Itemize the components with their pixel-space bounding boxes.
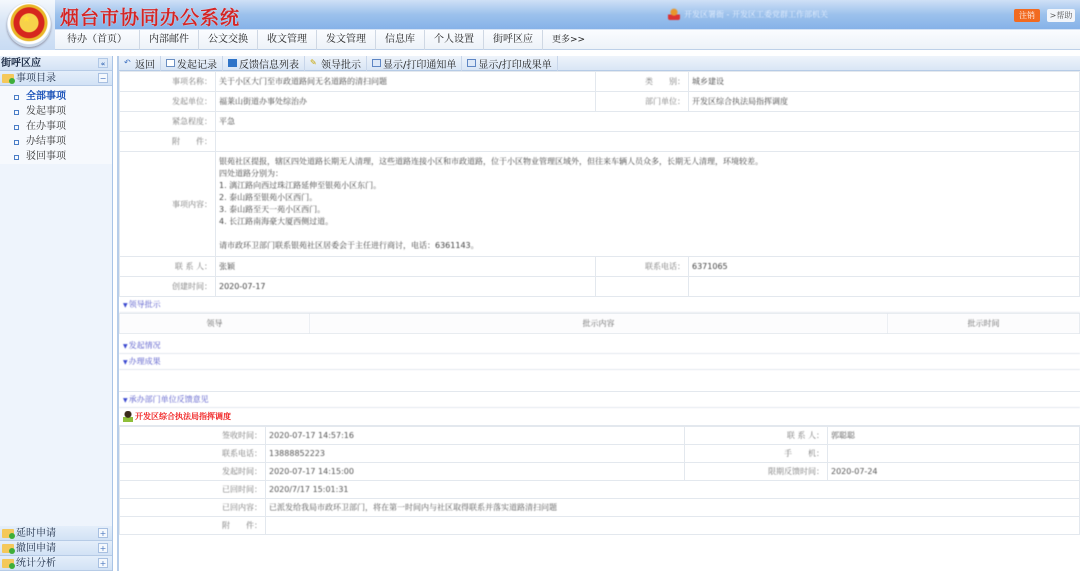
field-label: 签收时间： — [120, 427, 266, 445]
field-label: 附 件： — [120, 132, 216, 152]
empty-value — [689, 277, 1080, 297]
feedback-unit-title: 开发区综合执法局指挥调度 — [119, 408, 1080, 426]
launch-record-button[interactable]: 发起记录 — [161, 56, 223, 71]
folder-icon — [2, 544, 14, 553]
print-notice-button[interactable]: 显示/打印通知单 — [367, 56, 462, 71]
section-dept-feedback[interactable]: 承办部门单位反馈意见 — [119, 392, 1080, 408]
leader-approval-button[interactable]: ✎ 领导批示 — [305, 56, 367, 71]
section-leader-approval[interactable]: 领导批示 — [119, 297, 1080, 313]
field-label — [596, 277, 689, 297]
attachment-value — [216, 132, 1080, 152]
sidebar-group-withdraw[interactable]: 撤回申请 + — [0, 541, 112, 556]
mobile-value — [828, 445, 1080, 463]
column-header-leader: 领导 — [120, 314, 310, 334]
sidebar-item-initiated[interactable]: 发起事项 — [0, 104, 112, 119]
nav-document-exchange[interactable]: 公文交换 — [199, 30, 258, 50]
sidebar-item-rejected[interactable]: 驳回事项 — [0, 149, 112, 164]
sign-time-value: 2020-07-17 14:57:16 — [266, 427, 685, 445]
table-row: 签收时间： 2020-07-17 14:57:16 联 系 人： 郭聪聪 — [120, 427, 1080, 445]
field-label: 联系电话： — [596, 257, 689, 277]
nav-personal-settings[interactable]: 个人设置 — [425, 30, 484, 50]
folder-icon — [2, 529, 14, 538]
sidebar: 街呼区应 « 事项目录 − 全部事项 发起事项 在办事项 办结事项 驳回事项 延… — [0, 56, 113, 571]
document-icon — [228, 59, 237, 67]
field-label: 发起时间： — [120, 463, 266, 481]
table-row: 联系电话： 13888852223 手 机： — [120, 445, 1080, 463]
help-button[interactable]: >帮助 — [1047, 9, 1075, 22]
spacer — [119, 370, 1080, 392]
toolbar: ↶ 返回 发起记录 反馈信息列表 ✎ 领导批示 显示/打印通知单 显示/打印成果… — [119, 56, 1080, 71]
print-result-button[interactable]: 显示/打印成果单 — [462, 56, 557, 71]
folder-icon — [2, 74, 14, 83]
table-row: 已回内容： 已派发给我局市政环卫部门，将在第一时间内与社区取得联系并落实道路清扫… — [120, 499, 1080, 517]
field-label: 已回时间： — [120, 481, 266, 499]
table-row: 发起时间： 2020-07-17 14:15:00 限期反馈时间： 2020-0… — [120, 463, 1080, 481]
field-label: 已回内容： — [120, 499, 266, 517]
expand-group-icon[interactable]: + — [98, 558, 108, 568]
field-label: 创建时间： — [120, 277, 216, 297]
field-label: 事项名称： — [120, 72, 216, 92]
launch-record-label: 发起记录 — [177, 56, 217, 71]
contact-value: 张颖 — [216, 257, 596, 277]
reply-content-value: 已派发给我局市政环卫部门，将在第一时间内与社区取得联系并落实道路清扫问题 — [266, 499, 1080, 517]
launch-time-value: 2020-07-17 14:15:00 — [266, 463, 685, 481]
sidebar-group-label: 事项目录 — [16, 73, 56, 84]
matter-content: 银苑社区提报，辖区四处道路长期无人清理，这些道路连接小区和市政道路，位于小区物业… — [216, 152, 1080, 257]
content-line: 2. 泰山路至银苑小区西门。 — [219, 192, 1076, 204]
content-line: 4. 长江路南海豪大厦西侧过道。 — [219, 216, 1076, 228]
nav-internal-mail[interactable]: 内部邮件 — [140, 30, 199, 50]
sidebar-bottom-groups: 延时申请 + 撤回申请 + 统计分析 + — [0, 526, 112, 571]
back-label: 返回 — [135, 56, 155, 71]
category-value: 城乡建设 — [689, 72, 1080, 92]
urgency-value: 平急 — [216, 112, 1080, 132]
approval-table: 领导 批示内容 批示时间 — [119, 313, 1080, 334]
field-label: 联 系 人： — [120, 257, 216, 277]
field-label: 联系电话： — [120, 445, 266, 463]
main-nav: 待办（首页） 内部邮件 公文交换 收文管理 发文管理 信息库 个人设置 街呼区应… — [55, 30, 1080, 50]
app-title: 烟台市协同办公系统 — [60, 3, 240, 30]
sidebar-item-all[interactable]: 全部事项 — [0, 89, 112, 104]
content-line: 银苑社区提报，辖区四处道路长期无人清理，这些道路连接小区和市政道路，位于小区物业… — [219, 156, 1076, 168]
back-arrow-icon: ↶ — [124, 59, 133, 67]
table-row: 紧急程度： 平急 — [120, 112, 1080, 132]
feedback-unit-name: 开发区综合执法局指挥调度 — [135, 408, 231, 426]
field-label: 发起单位： — [120, 92, 216, 112]
sidebar-group-catalog[interactable]: 事项目录 − — [0, 71, 112, 86]
sidebar-group-extension[interactable]: 延时申请 + — [0, 526, 112, 541]
print-icon — [467, 59, 476, 67]
nav-more[interactable]: 更多>> — [543, 30, 594, 50]
column-header-content: 批示内容 — [310, 314, 888, 334]
logout-button[interactable]: 注销 — [1014, 9, 1040, 22]
nav-incoming-docs[interactable]: 收文管理 — [258, 30, 317, 50]
print-icon — [372, 59, 381, 67]
collapse-group-icon[interactable]: − — [98, 73, 108, 83]
nav-outgoing-docs[interactable]: 发文管理 — [317, 30, 376, 50]
column-header-time: 批示时间 — [888, 314, 1080, 334]
field-label: 联 系 人： — [685, 427, 828, 445]
content-blank-line — [219, 228, 1076, 240]
deadline-value: 2020-07-24 — [828, 463, 1080, 481]
initiator-value: 福莱山街道办事处综治办 — [216, 92, 596, 112]
print-notice-label: 显示/打印通知单 — [383, 56, 456, 71]
reply-time-value: 2020/7/17 15:01:31 — [266, 481, 1080, 499]
sidebar-group-label: 统计分析 — [16, 558, 56, 569]
content-line: 四处道路分别为： — [219, 168, 1076, 180]
user-icon — [668, 8, 680, 20]
national-emblem-logo: ★ — [7, 3, 51, 47]
feedback-table: 签收时间： 2020-07-17 14:57:16 联 系 人： 郭聪聪 联系电… — [119, 426, 1080, 535]
table-row: 事项名称： 关于小区大门至市政道路间无名道路的清扫问题 类 别： 城乡建设 — [120, 72, 1080, 92]
print-result-label: 显示/打印成果单 — [478, 56, 551, 71]
feedback-phone-value: 13888852223 — [266, 445, 685, 463]
sidebar-item-list: 全部事项 发起事项 在办事项 办结事项 驳回事项 — [0, 86, 112, 164]
table-row: 联 系 人： 张颖 联系电话： 6371065 — [120, 257, 1080, 277]
nav-home[interactable]: 待办（首页） — [55, 30, 140, 50]
content-line: 请市政环卫部门联系银苑社区居委会于主任进行商讨，电话：6361143。 — [219, 240, 1076, 252]
sidebar-group-statistics[interactable]: 统计分析 + — [0, 556, 112, 571]
matter-detail-form: 事项名称： 关于小区大门至市政道路间无名道路的清扫问题 类 别： 城乡建设 发起… — [119, 71, 1080, 297]
section-handling-result[interactable]: 办理成果 — [119, 354, 1080, 370]
created-value: 2020-07-17 — [216, 277, 596, 297]
back-button[interactable]: ↶ 返回 — [119, 56, 161, 71]
dept-value: 开发区综合执法局指挥调度 — [689, 92, 1080, 112]
leader-approval-label: 领导批示 — [321, 56, 361, 71]
sidebar-item-completed[interactable]: 办结事项 — [0, 134, 112, 149]
expand-group-icon[interactable]: + — [98, 528, 108, 538]
field-label: 手 机： — [685, 445, 828, 463]
field-label: 附 件： — [120, 517, 266, 535]
field-label: 紧急程度： — [120, 112, 216, 132]
nav-info-library[interactable]: 信息库 — [376, 30, 425, 50]
field-label: 部门单位： — [596, 92, 689, 112]
sidebar-group-label: 延时申请 — [16, 528, 56, 539]
sidebar-title: 街呼区应 — [1, 58, 41, 69]
field-label: 类 别： — [596, 72, 689, 92]
list-icon — [166, 59, 175, 67]
sidebar-group-label: 撤回申请 — [16, 543, 56, 554]
feedback-list-button[interactable]: 反馈信息列表 — [223, 56, 305, 71]
content-line: 1. 漓江路向西过珠江路延伸至银苑小区东门。 — [219, 180, 1076, 192]
user-info: 开发区署衙 - 开发区工委党群工作部机关 — [668, 8, 828, 20]
app-header: ★ 烟台市协同办公系统 开发区署衙 - 开发区工委党群工作部机关 注销 >帮助 … — [0, 0, 1080, 50]
table-row: 发起单位： 福莱山街道办事处综治办 部门单位： 开发区综合执法局指挥调度 — [120, 92, 1080, 112]
feedback-attachment-value — [266, 517, 1080, 535]
table-header-row: 领导 批示内容 批示时间 — [120, 314, 1080, 334]
folder-icon — [2, 559, 14, 568]
main-content: ↶ 返回 发起记录 反馈信息列表 ✎ 领导批示 显示/打印通知单 显示/打印成果… — [117, 56, 1080, 571]
section-launch-status[interactable]: 发起情况 — [119, 338, 1080, 354]
user-avatar-icon — [123, 411, 133, 422]
table-row: 附 件： — [120, 132, 1080, 152]
content-line: 3. 泰山路至天一苑小区西门。 — [219, 204, 1076, 216]
matter-name-value: 关于小区大门至市政道路间无名道路的清扫问题 — [216, 72, 596, 92]
sidebar-item-in-progress[interactable]: 在办事项 — [0, 119, 112, 134]
table-row: 附 件： — [120, 517, 1080, 535]
feedback-contact-value: 郭聪聪 — [828, 427, 1080, 445]
field-label: 限期反馈时间： — [685, 463, 828, 481]
phone-value: 6371065 — [689, 257, 1080, 277]
expand-group-icon[interactable]: + — [98, 543, 108, 553]
table-row: 事项内容： 银苑社区提报，辖区四处道路长期无人清理，这些道路连接小区和市政道路，… — [120, 152, 1080, 257]
nav-street-response[interactable]: 街呼区应 — [484, 30, 543, 50]
feedback-list-label: 反馈信息列表 — [239, 56, 299, 71]
sidebar-header: 街呼区应 « — [0, 56, 112, 71]
field-label: 事项内容： — [120, 152, 216, 257]
table-row: 创建时间： 2020-07-17 — [120, 277, 1080, 297]
collapse-sidebar-icon[interactable]: « — [98, 58, 108, 68]
pen-icon: ✎ — [310, 59, 319, 67]
user-info-text: 开发区署衙 - 开发区工委党群工作部机关 — [684, 9, 828, 20]
table-row: 已回时间： 2020/7/17 15:01:31 — [120, 481, 1080, 499]
